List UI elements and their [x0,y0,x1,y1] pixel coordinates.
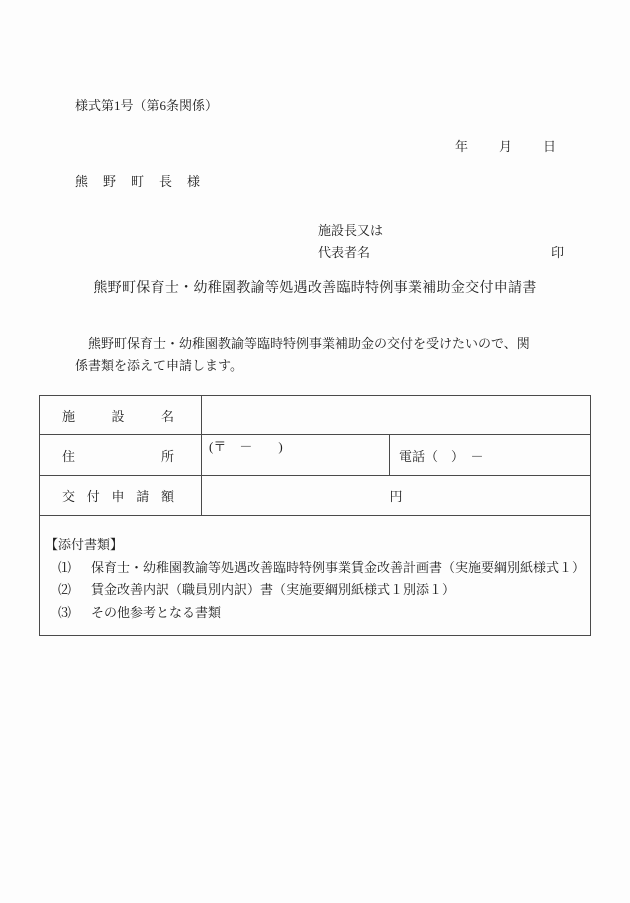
seal-mark: 印 [551,242,564,261]
attachment-item: ⑴ 保育士・幼稚園教諭等処遇改善臨時特例事業賃金改善計画書（実施要綱別紙様式１） [58,557,584,580]
attachments-heading: 【添付書類】 [45,534,584,557]
attachment-item-text: その他参考となる書類 [91,602,584,625]
address-label: 住所 [62,446,174,465]
facility-name-row: 施設名 [40,396,591,435]
attachment-item-text: 保育士・幼稚園教諭等処遇改善臨時特例事業賃金改善計画書（実施要綱別紙様式１） [91,557,585,580]
facility-name-value-cell [202,396,591,435]
applicant-role-line2: 代表者名 [318,242,383,264]
applicant-name-block: 施設長又は 代表者名 [318,220,383,263]
month-label: 月 [499,136,512,155]
application-form-page: 様式第1号（第6条関係） 年 月 日 熊野町長様 施設長又は 代表者名 印 熊野… [0,0,630,903]
postal-code-field: (〒 － ) [202,435,390,476]
amount-row: 交付申請額 円 [40,476,591,516]
day-label: 日 [543,136,556,155]
application-statement: 熊野町保育士・幼稚園教諭等臨時特例事業補助金の交付を受けたいので、関係書類を添え… [75,333,533,378]
attachment-item-number: ⑶ [58,602,91,625]
form-number-label: 様式第1号（第6条関係） [75,95,218,114]
document-title: 熊野町保育士・幼稚園教諭等処遇改善臨時特例事業補助金交付申請書 [0,277,630,297]
address-label-cell: 住所 [40,435,202,476]
attachment-item-number: ⑴ [58,557,91,580]
attachment-item-number: ⑵ [58,579,91,602]
application-form-table: 施設名 住所 (〒 － ) 電話（ ） － 交付申請額 円 【添付書類】 [39,395,591,636]
phone-field: 電話（ ） － [390,435,591,476]
attachments-row: 【添付書類】 ⑴ 保育士・幼稚園教諭等処遇改善臨時特例事業賃金改善計画書（実施要… [40,516,591,636]
addressee-mayor-label: 熊野町長様 [75,171,215,190]
applicant-role-line1: 施設長又は [318,220,383,242]
attachments-list: ⑴ 保育士・幼稚園教諭等処遇改善臨時特例事業賃金改善計画書（実施要綱別紙様式１）… [58,557,584,625]
amount-label: 交付申請額 [62,486,174,505]
amount-value-cell: 円 [202,476,591,516]
year-label: 年 [455,136,468,155]
address-row: 住所 (〒 － ) 電話（ ） － [40,435,591,476]
facility-name-label: 施設名 [62,406,174,425]
attachment-item: ⑶ その他参考となる書類 [58,602,584,625]
date-line: 年 月 日 [455,136,556,155]
amount-label-cell: 交付申請額 [40,476,202,516]
facility-name-label-cell: 施設名 [40,396,202,435]
attachment-item: ⑵ 賃金改善内訳（職員別内訳）書（実施要綱別紙様式１別添１） [58,579,584,602]
attachments-cell: 【添付書類】 ⑴ 保育士・幼稚園教諭等処遇改善臨時特例事業賃金改善計画書（実施要… [40,516,591,636]
attachment-item-text: 賃金改善内訳（職員別内訳）書（実施要綱別紙様式１別添１） [91,579,584,602]
